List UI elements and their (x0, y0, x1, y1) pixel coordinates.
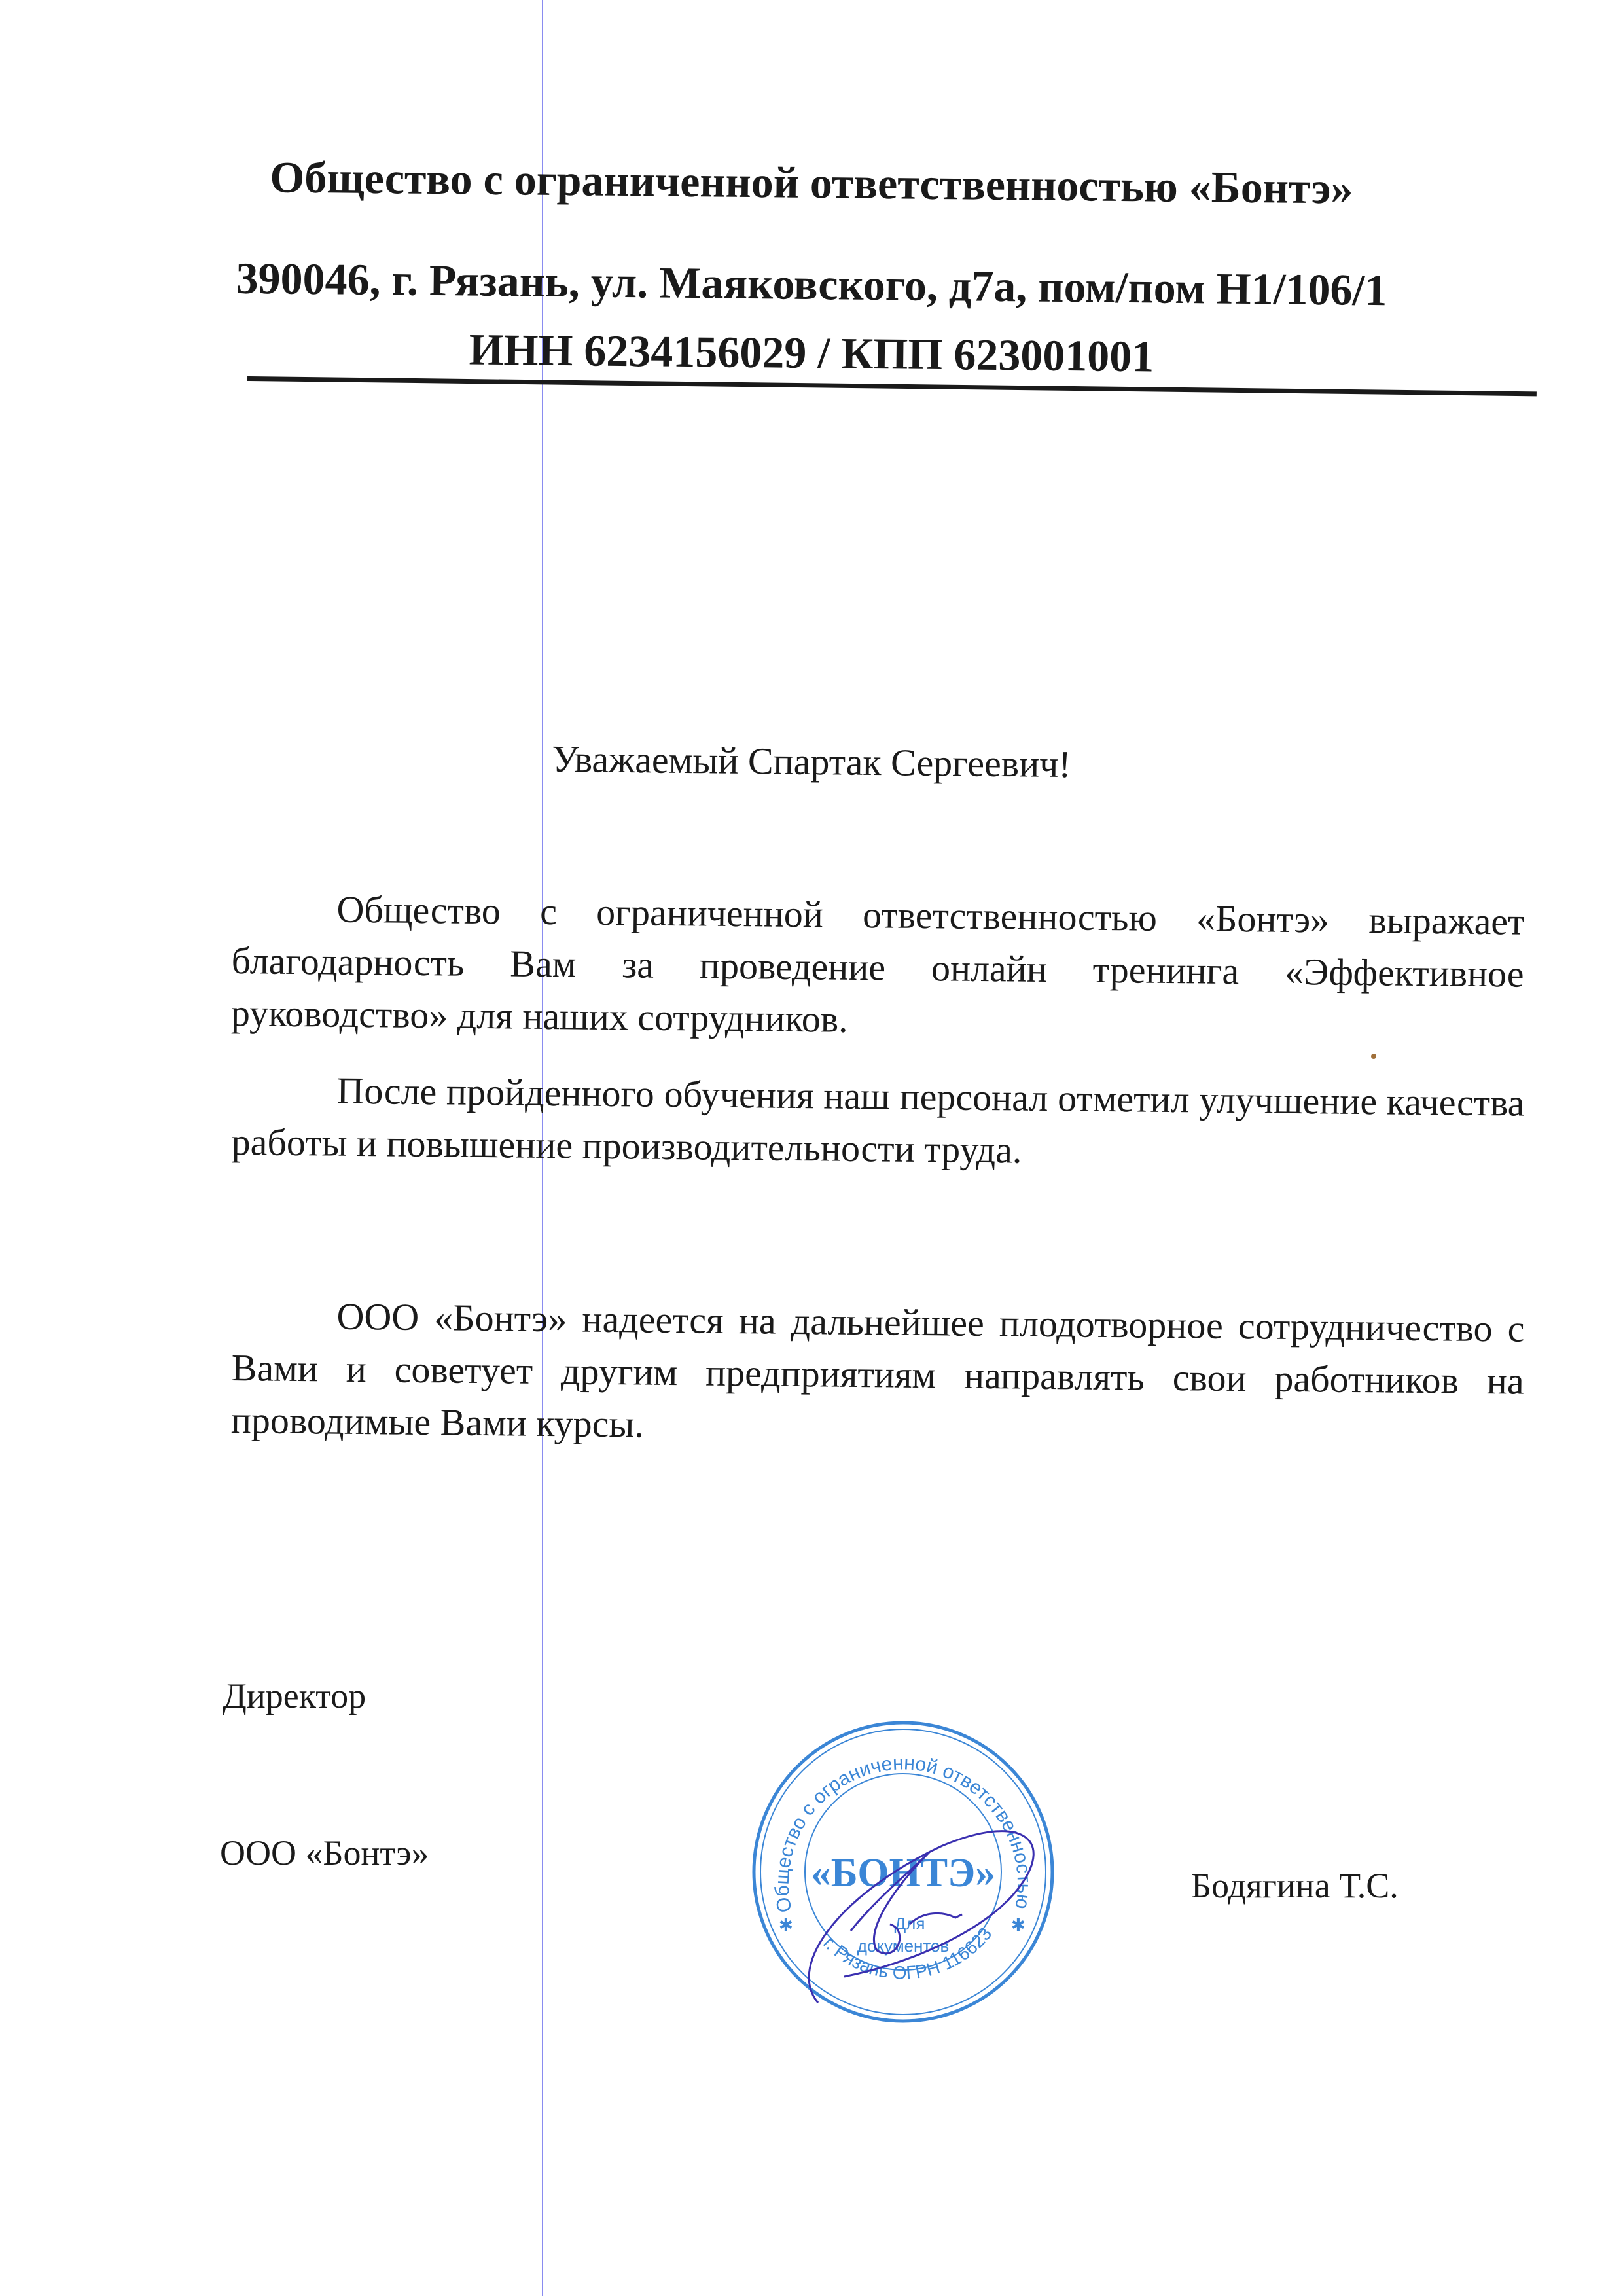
stamp-center: «БОНТЭ» (811, 1851, 995, 1895)
paragraph-cooperation: ООО «Бонтэ» надеется на дальнейшее плодо… (230, 1289, 1524, 1460)
stamp-sub2: документов (857, 1936, 950, 1956)
scan-speck (1371, 1054, 1376, 1059)
stamp-star-right: ✱ (1011, 1916, 1026, 1935)
paragraph-thanks: Общество с ограниченной ответственностью… (230, 882, 1524, 1053)
stamp-star-left: ✱ (779, 1916, 793, 1935)
company-requisites: ИНН 6234156029 / КПП 623001001 (0, 319, 1623, 387)
signer-title: Директор (223, 1676, 366, 1716)
company-address: 390046, г. Рязань, ул. Маяковского, д7а,… (0, 250, 1623, 319)
company-stamp: Общество с ограниченной ответственностью… (746, 1715, 1060, 2029)
signer-organization: ООО «Бонтэ» (220, 1833, 429, 1873)
signer-name: Бодягина Т.С. (1191, 1865, 1399, 1906)
company-name: Общество с ограниченной ответственностью… (0, 149, 1623, 217)
greeting: Уважаемый Спартак Сергеевич! (0, 731, 1623, 792)
paragraph-results: После пройденного обучения наш персонал … (231, 1064, 1525, 1182)
